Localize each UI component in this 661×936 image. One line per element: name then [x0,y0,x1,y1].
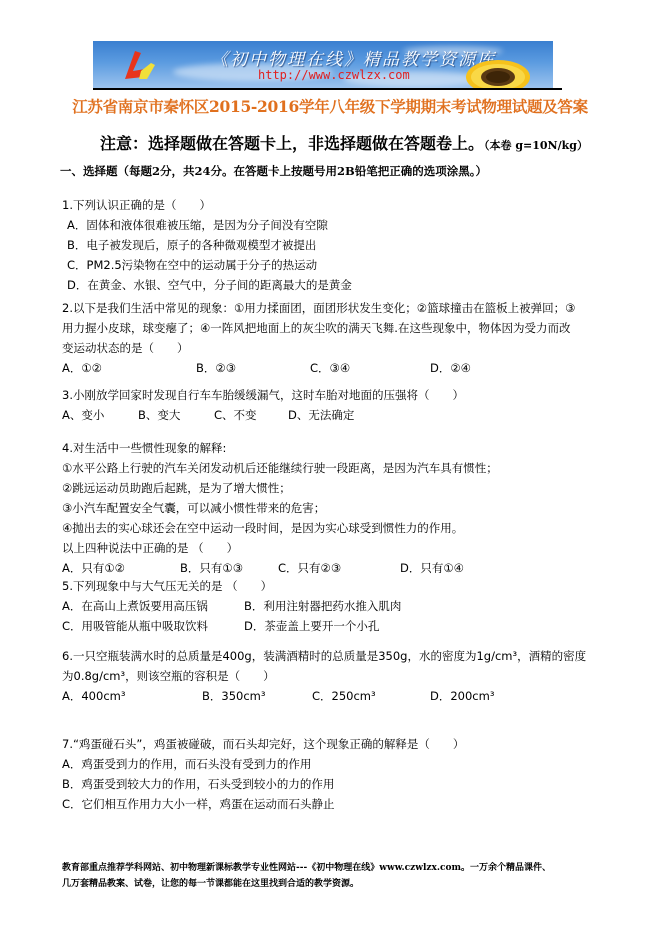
notice-note: （本卷 g=10N/kg） [484,139,588,152]
footer-line-1: 教育部重点推荐学科网站、初中物理新课标教学专业性网站---《初中物理在线》www… [62,860,551,876]
notice-main: 注意：选择题做在答题卡上，非选择题做在答题卷上。 [100,134,484,153]
option-b: B．②③ [196,358,236,378]
question-7: 7.“鸡蛋碰石头”，鸡蛋被碰破，而石头却完好，这个现象正确的解释是（ ） A．鸡… [62,734,464,814]
options-row: A．在高山上煮饭要用高压锅 B．利用注射器把药水推入肌肉 [62,596,272,616]
question-stem: 3.小刚放学回家时发现自行车车胎缓缓漏气，这时车胎对地面的压强将（ ） [62,385,464,405]
notice: 注意：选择题做在答题卡上，非选择题做在答题卷上。（本卷 g=10N/kg） [100,131,588,154]
option-b: B．只有①③ [180,558,243,578]
option-c: C．PM2.5污染物在空中的运动属于分子的热运动 [62,255,352,275]
option-a: A．固体和液体很难被压缩，是因为分子间没有空隙 [62,215,352,235]
question-prompt: 以上四种说法中正确的是 （ ） [62,538,498,558]
option-c: C、不变 [214,405,257,425]
site-logo-icon [121,49,161,85]
option-a: A．400cm³ [62,686,125,706]
page-footer: 教育部重点推荐学科网站、初中物理新课标教学专业性网站---《初中物理在线》www… [62,860,551,892]
option-b: B．利用注射器把药水推入肌肉 [244,596,401,616]
question-stem: 6.一只空瓶装满水时的总质量是400g，装满酒精时的总质量是350g，水的密度为… [62,646,586,666]
sunflower-icon [463,55,533,88]
option-d: D、无法确定 [288,405,354,425]
option-d: D．②④ [430,358,471,378]
options-row: A．400cm³ B．350cm³ C．250cm³ D．200cm³ [62,686,586,706]
banner-url: http://www.czwlzx.com [258,68,410,82]
statement-3: ③小汽车配置安全气囊，可以减小惯性带来的危害； [62,498,498,518]
footer-line-2: 几万套精品教案、试卷，让您的每一节课都能在这里找到合适的教学资源。 [62,876,551,892]
options-row: A．①② B．②③ C．③④ D．②④ [62,358,575,378]
option-a: A．只有①② [62,558,125,578]
option-c: C．③④ [310,358,350,378]
options-row: A、变小 B、变大 C、不变 D、无法确定 [62,405,464,425]
question-stem: 2.以下是我们生活中常见的现象：①用力揉面团，面团形状发生变化；②篮球撞击在篮板… [62,298,575,318]
question-3: 3.小刚放学回家时发现自行车车胎缓缓漏气，这时车胎对地面的压强将（ ） A、变小… [62,385,464,425]
question-stem: 5.下列现象中与大气压无关的是 （ ） [62,576,272,596]
option-a: A．①② [62,358,102,378]
option-d: D．茶壶盖上要开一个小孔 [244,616,379,636]
option-b: B．350cm³ [202,686,265,706]
option-c: C．它们相互作用力大小一样，鸡蛋在运动而石头静止 [62,794,464,814]
statement-2: ②跳远运动员助跑后起跳，是为了增大惯性； [62,478,498,498]
option-b: B、变大 [138,405,180,425]
site-banner: 《初中物理在线》精品教学资源库 http://www.czwlzx.com [93,41,553,88]
banner-title: 《初中物理在线》精品教学资源库 [211,45,496,70]
option-a: A．鸡蛋受到力的作用，而石头没有受到力的作用 [62,754,464,774]
question-stem: 7.“鸡蛋碰石头”，鸡蛋被碰破，而石头却完好，这个现象正确的解释是（ ） [62,734,464,754]
option-b: B．电子被发现后，原子的各种微观模型才被提出 [62,235,352,255]
option-d: D．200cm³ [430,686,494,706]
option-b: B．鸡蛋受到较大力的作用，石头受到较小的力的作用 [62,774,464,794]
options-row: A．只有①② B．只有①③ C．只有②③ D．只有①④ [62,558,498,578]
question-1: 1.下列认识正确的是（ ） A．固体和液体很难被压缩，是因为分子间没有空隙 B．… [62,195,352,295]
options-row: C．用吸管能从瓶中吸取饮料 D．茶壶盖上要开一个小孔 [62,616,272,636]
option-a: A、变小 [62,405,104,425]
question-5: 5.下列现象中与大气压无关的是 （ ） A．在高山上煮饭要用高压锅 B．利用注射… [62,576,272,636]
question-stem: 1.下列认识正确的是（ ） [62,195,352,215]
option-c: C．250cm³ [312,686,376,706]
question-4: 4.对生活中一些惯性现象的解释: ①水平公路上行驶的汽车关闭发动机后还能继续行驶… [62,438,498,578]
option-c: C．只有②③ [278,558,341,578]
option-c: C．用吸管能从瓶中吸取饮料 [62,616,208,636]
question-stem: 变运动状态的是（ ） [62,338,575,358]
question-stem: 为0.8g/cm³，则该空瓶的容积是（ ） [62,666,586,686]
question-2: 2.以下是我们生活中常见的现象：①用力揉面团，面团形状发生变化；②篮球撞击在篮板… [62,298,575,378]
document-title: 江苏省南京市秦怀区2015-2016学年八年级下学期期末考试物理试题及答案 [50,95,610,117]
option-a: A．在高山上煮饭要用高压锅 [62,596,208,616]
statement-1: ①水平公路上行驶的汽车关闭发动机后还能继续行驶一段距离，是因为汽车具有惯性； [62,458,498,478]
question-6: 6.一只空瓶装满水时的总质量是400g，装满酒精时的总质量是350g，水的密度为… [62,646,586,706]
option-d: D．只有①④ [400,558,464,578]
question-stem: 用力握小皮球，球变瘪了；④一阵风把地面上的灰尘吹的满天飞舞.在这些现象中，物体因… [62,318,575,338]
header-divider [93,88,562,90]
option-d: D．在黄金、水银、空气中，分子间的距离最大的是黄金 [62,275,352,295]
section-heading: 一、选择题（每题2分，共24分。在答题卡上按题号用2B铅笔把正确的选项涂黑。） [60,163,487,179]
question-stem: 4.对生活中一些惯性现象的解释: [62,438,498,458]
statement-4: ④抛出去的实心球还会在空中运动一段时间，是因为实心球受到惯性力的作用。 [62,518,498,538]
